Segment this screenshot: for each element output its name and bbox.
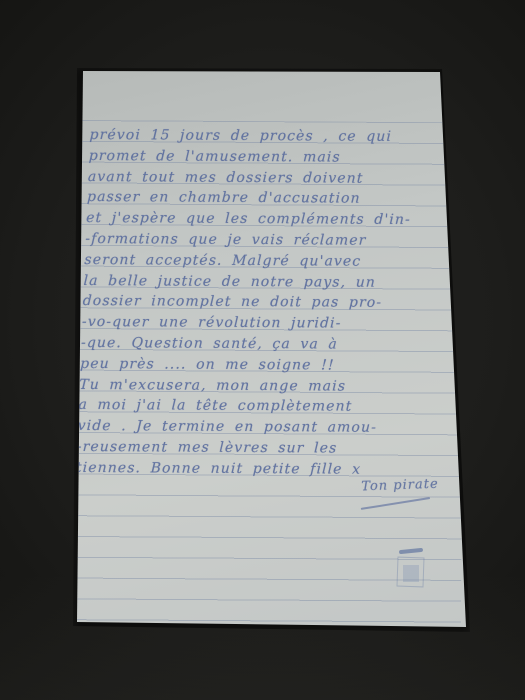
handwriting-line: avant tout mes dossiers doivent xyxy=(87,167,454,190)
handwriting-line: et j'espère que les compléments d'in- xyxy=(86,208,453,231)
handwriting-line: seront acceptés. Malgré qu'avec xyxy=(84,250,451,273)
ink-stamp-icon xyxy=(395,547,428,590)
handwriting-line: vide . Je termine en posant amou- xyxy=(77,416,444,439)
handwriting-line: Tu m'excusera, mon ange mais xyxy=(79,375,446,398)
handwriting-line: la belle justice de notre pays, un xyxy=(83,271,450,294)
handwriting-line: prévoi 15 jours de procès , ce qui xyxy=(89,125,456,148)
handwriting-line: -formations que je vais réclamer xyxy=(85,229,452,252)
handwriting-line: peu près .... on me soigne !! xyxy=(80,354,447,377)
ink-stamp-fill xyxy=(403,565,419,582)
handwriting-line: -reusement mes lèvres sur les xyxy=(76,437,443,460)
handwriting: prévoi 15 jours de procès , ce quipromet… xyxy=(75,125,455,481)
ink-stamp-dash xyxy=(399,548,423,554)
handwriting-line: dossier incomplet ne doit pas pro- xyxy=(82,291,449,314)
handwriting-line: -que. Question santé, ça va à xyxy=(81,333,448,356)
letter-paper: prévoi 15 jours de procès , ce quipromet… xyxy=(77,68,467,628)
handwriting-line: promet de l'amusement. mais xyxy=(88,146,455,169)
letter-photo: prévoi 15 jours de procès , ce quipromet… xyxy=(0,0,525,700)
handwriting-line: passer en chambre d'accusation xyxy=(87,187,454,210)
handwriting-line: tiennes. Bonne nuit petite fille x xyxy=(75,458,442,481)
signature: Ton pirate xyxy=(355,476,445,494)
handwriting-line: -vo-quer une révolution juridi- xyxy=(81,312,448,335)
handwriting-line: a moi j'ai la tête complètement xyxy=(78,395,445,418)
